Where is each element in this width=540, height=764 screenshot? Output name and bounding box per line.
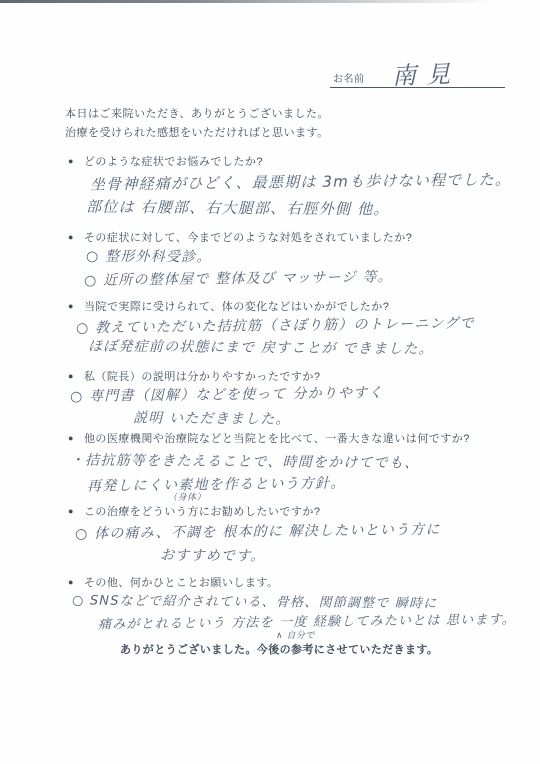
question-2: ●その症状に対して、今までどのような対処をされていましたか? [68, 229, 412, 245]
bullet-icon: ● [68, 232, 74, 242]
answer-7-insertion-annotation: ∧ 自分で [276, 628, 315, 641]
question-6-label: この治療をどういう方にお勧めしたいですか? [84, 506, 321, 518]
bullet-icon: ● [68, 506, 74, 516]
question-7-label: その他、何かひとことお願いします。 [84, 577, 279, 589]
name-value-handwritten: 南見 [391, 54, 460, 91]
answer-2-line-1: ○ 整形外科受診。 [86, 245, 212, 266]
question-1-label: どのような症状でお悩みでしたか? [84, 156, 263, 168]
question-3: ●当院で実際に受けられて、体の変化などはいかがでしたか? [68, 298, 389, 314]
answer-5-annotation: （身体） [168, 490, 206, 503]
question-4: ●私（院長）の説明は分かりやすかったですか? [68, 368, 321, 384]
bullet-icon: ● [68, 371, 74, 381]
answer-3-line-1: ○ 教えていただいた拮抗筋（さぼり筋）のトレーニングで [76, 313, 475, 338]
question-2-label: その症状に対して、今までどのような対処をされていましたか? [84, 232, 412, 244]
answer-7-line-1: ○ SNSなどで紹介されている、骨格、関節調整で 瞬時に [72, 589, 438, 611]
answer-2-line-2: ○ 近所の整体屋で 整体及び マッサージ 等。 [84, 266, 393, 290]
bullet-icon: ● [68, 301, 74, 311]
question-5-label: 他の医療機関や治療院などと当院とを比べて、一番大きな違いは何ですか? [84, 433, 470, 445]
answer-1-line-1: 坐骨神経痛がひどく、最悪期は 3mも歩けない程でした。 [90, 168, 511, 194]
answer-6-line-1: ○ 体の痛み、不調を 根本的に 解決したいという方に [75, 519, 441, 543]
footer-thanks: ありがとうございました。今後の参考にさせていただきます。 [120, 641, 438, 657]
answer-3-line-2: ほぼ発症前の状態にまで 戻すことが できました。 [88, 335, 434, 358]
scan-artifact-top-edge [0, 0, 540, 3]
intro-line-2: 治療を受けられた感想をいただければと思います。 [65, 124, 329, 140]
bullet-icon: ● [68, 433, 74, 443]
question-6: ●この治療をどういう方にお勧めしたいですか? [68, 503, 321, 519]
bullet-icon: ● [68, 577, 74, 587]
scanned-questionnaire-page: お名前 南見 本日はご来院いただき、ありがとうございました。 治療を受けられた感… [0, 0, 540, 764]
answer-5-line-2: 再発しにくい素地を作るという方針。 [87, 472, 346, 495]
question-5: ●他の医療機関や治療院などと当院とを比べて、一番大きな違いは何ですか? [68, 430, 470, 446]
answer-4-line-2: 説明 いただきました。 [133, 407, 291, 428]
bullet-icon: ● [68, 156, 74, 166]
name-underline [330, 87, 505, 88]
intro-line-1: 本日はご来院いただき、ありがとうございました。 [65, 105, 329, 121]
question-3-label: 当院で実際に受けられて、体の変化などはいかがでしたか? [84, 301, 389, 313]
question-1: ●どのような症状でお悩みでしたか? [68, 153, 263, 169]
question-4-label: 私（院長）の説明は分かりやすかったですか? [84, 371, 321, 383]
answer-5-line-1: ・拮抗筋等をきたえることで、時間をかけてでも、 [70, 449, 419, 472]
answer-1-line-2: 部位は 右腰部、右大腿部、右脛外側 他。 [86, 196, 390, 220]
answer-6-line-2: おすすめです。 [160, 545, 266, 566]
question-7: ●その他、何かひとことお願いします。 [68, 574, 279, 590]
answer-4-line-1: ○ 専門書（図解）などを使って 分かりやすく [70, 382, 384, 406]
name-label: お名前 [333, 70, 365, 85]
